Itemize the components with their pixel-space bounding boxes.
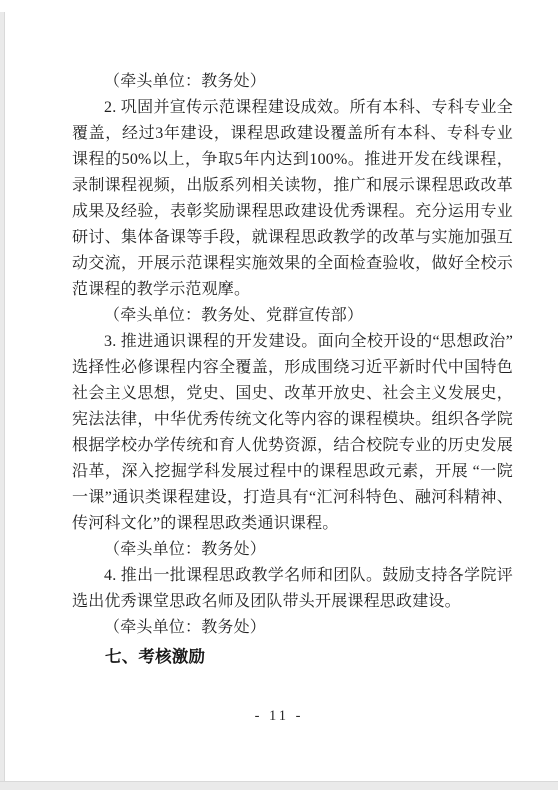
lead-unit-line: （牵头单位：教务处） (72, 69, 513, 95)
numbered-paragraph-3: 3. 推进通识课程的开发建设。面向全校开设的“思想政治”选择性必修课程内容全覆盖… (72, 329, 513, 537)
page-bottom-edge (0, 781, 558, 790)
lead-unit-line: （牵头单位：教务处） (72, 615, 513, 641)
lead-unit-line: （牵头单位：教务处、党群宣传部） (72, 303, 513, 329)
page-left-edge (0, 12, 5, 790)
lead-unit-line: （牵头单位：教务处） (72, 537, 513, 563)
document-body: （牵头单位：教务处） 2. 巩固并宣传示范课程建设成效。所有本科、专科专业全覆盖… (72, 69, 513, 670)
page-number: - 11 - (0, 708, 558, 725)
numbered-paragraph-2: 2. 巩固并宣传示范课程建设成效。所有本科、专科专业全覆盖，经过3年建设，课程思… (72, 95, 513, 303)
numbered-paragraph-4: 4. 推出一批课程思政教学名师和团队。鼓励支持各学院评选出优秀课堂思政名师及团队… (72, 563, 513, 615)
section-heading: 七、考核激励 (72, 644, 513, 670)
